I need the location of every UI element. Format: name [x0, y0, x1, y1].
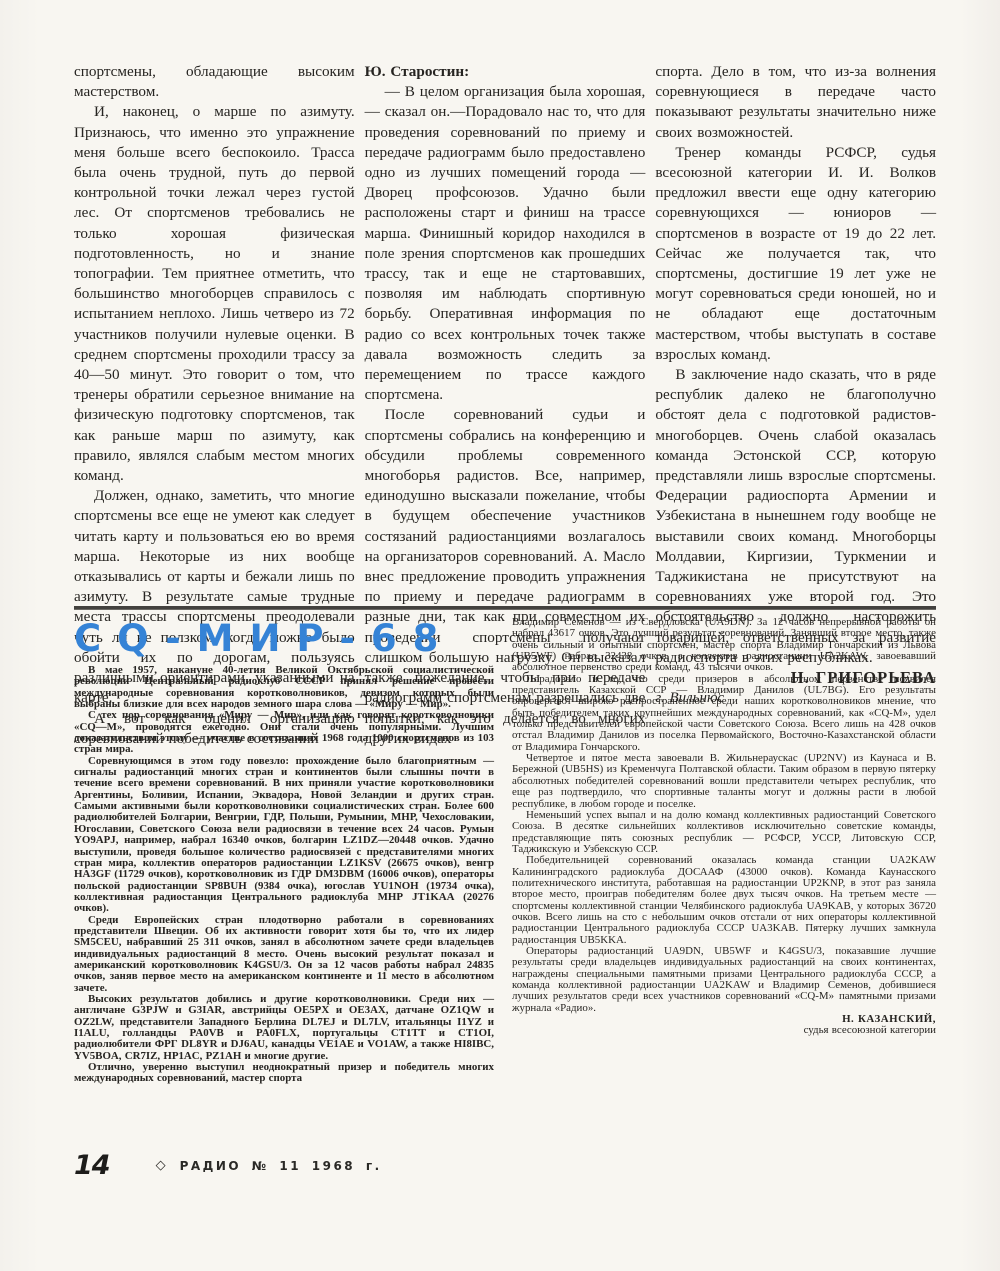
- paragraph: Тренер команды РСФСР, судья всесоюзной к…: [655, 143, 936, 365]
- paragraph: Среди Европейских стран плодотворно рабо…: [74, 915, 494, 994]
- cq-article-column-right: Владимир Семенов — из Свердловска (UA9DN…: [512, 617, 936, 1085]
- magazine-issue-label: РАДИО № 11 1968 г.: [180, 1159, 382, 1173]
- paragraph: Неменьший успех выпал и на долю команд к…: [512, 810, 936, 855]
- paragraph: Высоких результатов добились и другие ко…: [74, 994, 494, 1062]
- paragraph: спорта. Дело в том, что из-за волнения с…: [655, 62, 936, 143]
- cq-article-title: CQ-МИР-68: [74, 620, 494, 657]
- cq-mir-68-article: CQ-МИР-68 В мае 1957, накануне 40-летия …: [74, 617, 936, 1085]
- paragraph: Владимир Семенов — из Свердловска (UA9DN…: [512, 617, 936, 674]
- page-number: 14: [74, 1150, 110, 1181]
- paragraph: Победительницей соревнований оказалась к…: [512, 855, 936, 946]
- paragraph: Отлично, уверенно выступил неоднократный…: [74, 1062, 494, 1085]
- paragraph: С тех пор соревнования «Миру — Мир», или…: [74, 710, 494, 755]
- speaker-name: Ю. Старостин:: [365, 62, 646, 82]
- paragraph: И, наконец, о марше по азимуту. Признаюс…: [74, 102, 355, 486]
- paragraph: Операторы радиостанций UA9DN, UB5WF и K4…: [512, 946, 936, 1014]
- page-footer: 14 ◇ РАДИО № 11 1968 г.: [74, 1150, 474, 1181]
- paragraph: В мае 1957, накануне 40-летия Великой Ок…: [74, 665, 494, 710]
- paragraph: Четвертое и пятое места завоевали В. Жил…: [512, 753, 936, 810]
- diamond-icon: ◇: [156, 1158, 166, 1173]
- paragraph: спортсмены, обладающие высоким мастерств…: [74, 62, 355, 102]
- section-divider-rule: [74, 606, 936, 610]
- cq-article-column-left: CQ-МИР-68 В мае 1957, накануне 40-летия …: [74, 617, 494, 1085]
- magazine-page: спортсмены, обладающие высоким мастерств…: [0, 0, 1000, 1271]
- paragraph: Соревнующимся в этом году повезло: прохо…: [74, 756, 494, 915]
- paragraph: — В целом организация была хорошая,— ска…: [365, 82, 646, 405]
- paragraph: Порадовало и то, что среди призеров в аб…: [512, 674, 936, 753]
- author-title: судья всесоюзной категории: [512, 1025, 936, 1036]
